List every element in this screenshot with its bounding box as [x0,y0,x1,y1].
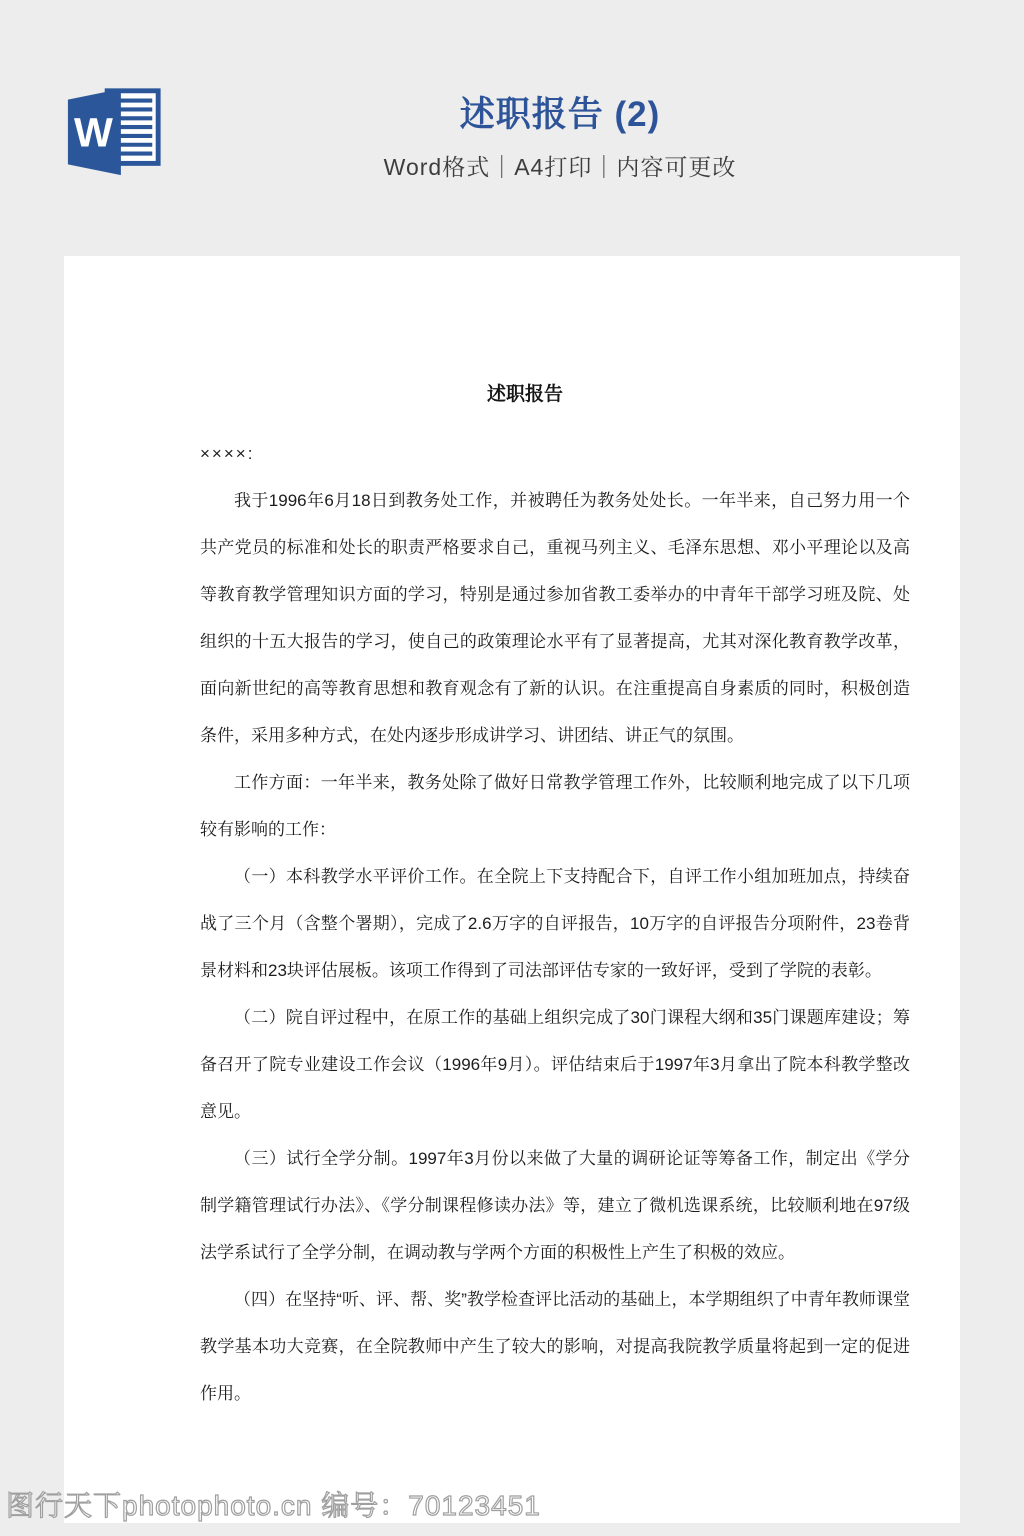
word-file-icon: W [64,84,166,180]
header: 述职报告 (2) Word格式｜A4打印｜内容可更改 [160,94,960,182]
paragraph: （四）在坚持“听、评、帮、奖”教学检查评比活动的基础上，本学期组织了中青年教师课… [200,1276,910,1417]
paragraph: （二）院自评过程中，在原工作的基础上组织完成了30门课程大纲和35门课题库建设；… [200,994,910,1135]
template-title: 述职报告 (2) [160,94,960,136]
paragraph: （三）试行全学分制。1997年3月份以来做了大量的调研论证等筹备工作，制定出《学… [200,1135,910,1276]
paragraph: （一）本科教学水平评价工作。在全院上下支持配合下，自评工作小组加班加点，持续奋战… [200,853,910,994]
watermark-text: 图行天下photophoto.cn 编号：70123451 [6,1484,541,1524]
document-page: 述职报告 ××××: 我于1996年6月18日到教务处工作，并被聘任为教务处处长… [64,256,960,1523]
page-background: W 述职报告 (2) Word格式｜A4打印｜内容可更改 述职报告 ××××: … [0,0,1024,1536]
template-subtitle: Word格式｜A4打印｜内容可更改 [160,149,960,182]
document-title: 述职报告 [200,382,850,408]
paragraph: 我于1996年6月18日到教务处工作，并被聘任为教务处处长。一年半来，自己努力用… [200,477,910,759]
document-body: 我于1996年6月18日到教务处工作，并被聘任为教务处处长。一年半来，自己努力用… [200,477,910,1417]
paragraph: 工作方面：一年半来，教务处除了做好日常教学管理工作外，比较顺利地完成了以下几项较… [200,759,910,853]
word-icon-graphic: W [64,84,166,180]
salutation: ××××: [200,430,910,477]
word-icon-letter: W [74,110,113,156]
